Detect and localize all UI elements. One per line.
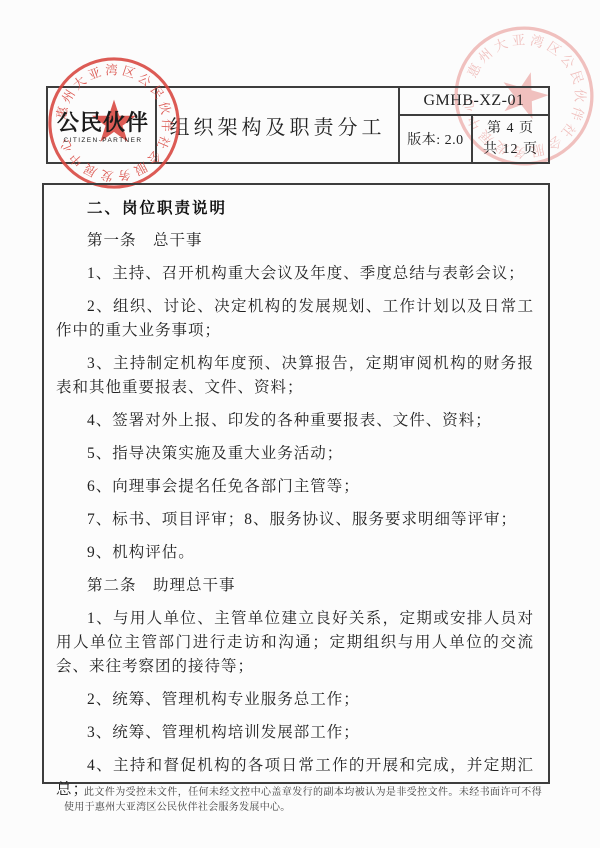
body-paragraph: 6、向理事会提名任免各部门主管等； [56, 475, 534, 499]
body-paragraph: 1、与用人单位、主管单位建立良好关系，定期或安排人员对用人单位主管部门进行走访和… [56, 607, 534, 679]
page-indicator: 第 4 页 共 12 页 [473, 116, 548, 162]
body-paragraph: 第一条 总干事 [56, 229, 534, 253]
footer-disclaimer: 此文件为受控未文件，任何未经文控中心盖章发行的副本均被认为是非受控文件。未经书面… [64, 785, 542, 815]
body-paragraph: 7、标书、项目评审；8、服务协议、服务要求明细等评审； [56, 508, 534, 532]
version-label: 版本: 2.0 [400, 116, 473, 162]
section-heading: 二、岗位职责说明 [56, 198, 534, 220]
document-page: 惠州大亚湾区公民伙伴社会服务发展中心 组织架构及职责分工 GMHB-XZ-01 … [0, 0, 600, 848]
document-code: GMHB-XZ-01 [400, 88, 548, 116]
body-paragraph: 9、机构评估。 [56, 541, 534, 565]
body-paragraph: 1、主持、召开机构重大会议及年度、季度总结与表彰会议； [56, 262, 534, 286]
org-logo-cn: 公民伙伴 [53, 110, 153, 136]
info-bottom-row: 版本: 2.0 第 4 页 共 12 页 [400, 116, 548, 162]
body-paragraph: 2、统筹、管理机构专业服务总工作； [56, 688, 534, 712]
body-paragraph: 5、指导决策实施及重大业务活动； [56, 442, 534, 466]
org-logo-en: CITIZEN-PARTNER [53, 137, 153, 144]
content-box: 二、岗位职责说明 第一条 总干事 1、主持、召开机构重大会议及年度、季度总结与表… [42, 183, 550, 784]
page-total: 共 12 页 [483, 139, 538, 160]
body-paragraph: 第二条 助理总干事 [56, 574, 534, 598]
info-cell: GMHB-XZ-01 版本: 2.0 第 4 页 共 12 页 [400, 88, 548, 162]
body-paragraph: 4、签署对外上报、印发的各种重要报表、文件、资料； [56, 409, 534, 433]
body-paragraph: 3、主持制定机构年度预、决算报告，定期审阅机构的财务报表和其他重要报表、文件、资… [56, 352, 534, 400]
org-logo: 公民伙伴 CITIZEN-PARTNER [53, 110, 153, 144]
body-paragraph: 3、统筹、管理机构培训发展部工作； [56, 721, 534, 745]
document-title: 组织架构及职责分工 [170, 111, 386, 140]
page-current: 第 4 页 [487, 118, 534, 139]
title-cell: 组织架构及职责分工 [157, 88, 400, 162]
body-paragraph: 2、组织、讨论、决定机构的发展规划、工作计划以及日常工作中的重大业务事项； [56, 295, 534, 343]
